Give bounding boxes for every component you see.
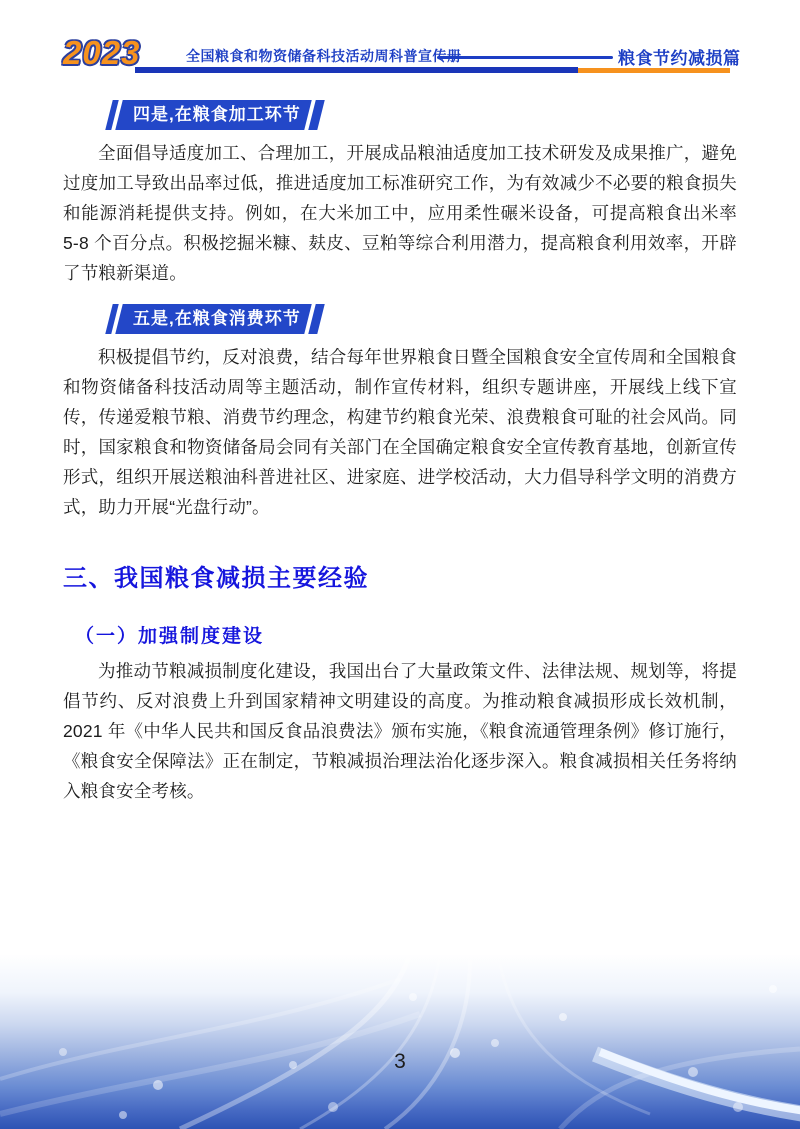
year-logo: 2023 bbox=[63, 34, 140, 72]
badge-row-processing: 四是,在粮食加工环节 bbox=[63, 100, 737, 130]
paragraph-consumption: 积极提倡节约，反对浪费，结合每年世界粮食日暨全国粮食安全宣传周和全国粮食和物资储… bbox=[63, 342, 737, 522]
badge-row-consumption: 五是,在粮食消费环节 bbox=[63, 304, 737, 334]
page-number: 3 bbox=[0, 1050, 800, 1074]
paragraph-institution: 为推动节粮减损制度化建设，我国出台了大量政策文件、法律法规、规划等，将提倡节约、… bbox=[63, 656, 737, 806]
header-divider-line bbox=[437, 56, 613, 59]
bokeh-dots bbox=[0, 954, 6, 960]
brochure-page: 2023 全国粮食和物资储备科技活动周科普宣传册 粮食节约减损篇 四是,在粮食加… bbox=[0, 0, 800, 1129]
wave-streaks bbox=[0, 954, 800, 1129]
section-badge-consumption: 五是,在粮食消费环节 bbox=[109, 304, 321, 334]
header-title: 全国粮食和物资储备科技活动周科普宣传册 bbox=[186, 46, 462, 66]
section-heading: 三、我国粮食减损主要经验 bbox=[63, 558, 737, 593]
paragraph-processing: 全面倡导适度加工、合理加工，开展成品粮油适度加工技术研发及成果推广，避免过度加工… bbox=[63, 138, 737, 288]
subsection-heading: （一）加强制度建设 bbox=[75, 621, 737, 648]
header-underline-blue bbox=[135, 67, 578, 73]
header-underline-orange bbox=[578, 68, 730, 73]
header-edition-tag: 粮食节约减损篇 bbox=[618, 44, 741, 69]
section-badge-processing: 四是,在粮食加工环节 bbox=[109, 100, 321, 130]
page-content: 四是,在粮食加工环节 全面倡导适度加工、合理加工，开展成品粮油适度加工技术研发及… bbox=[63, 100, 737, 806]
footer-wave-graphic: 3 bbox=[0, 954, 800, 1129]
badge-label-processing: 四是,在粮食加工环节 bbox=[133, 105, 301, 124]
badge-label-consumption: 五是,在粮食消费环节 bbox=[133, 309, 301, 328]
